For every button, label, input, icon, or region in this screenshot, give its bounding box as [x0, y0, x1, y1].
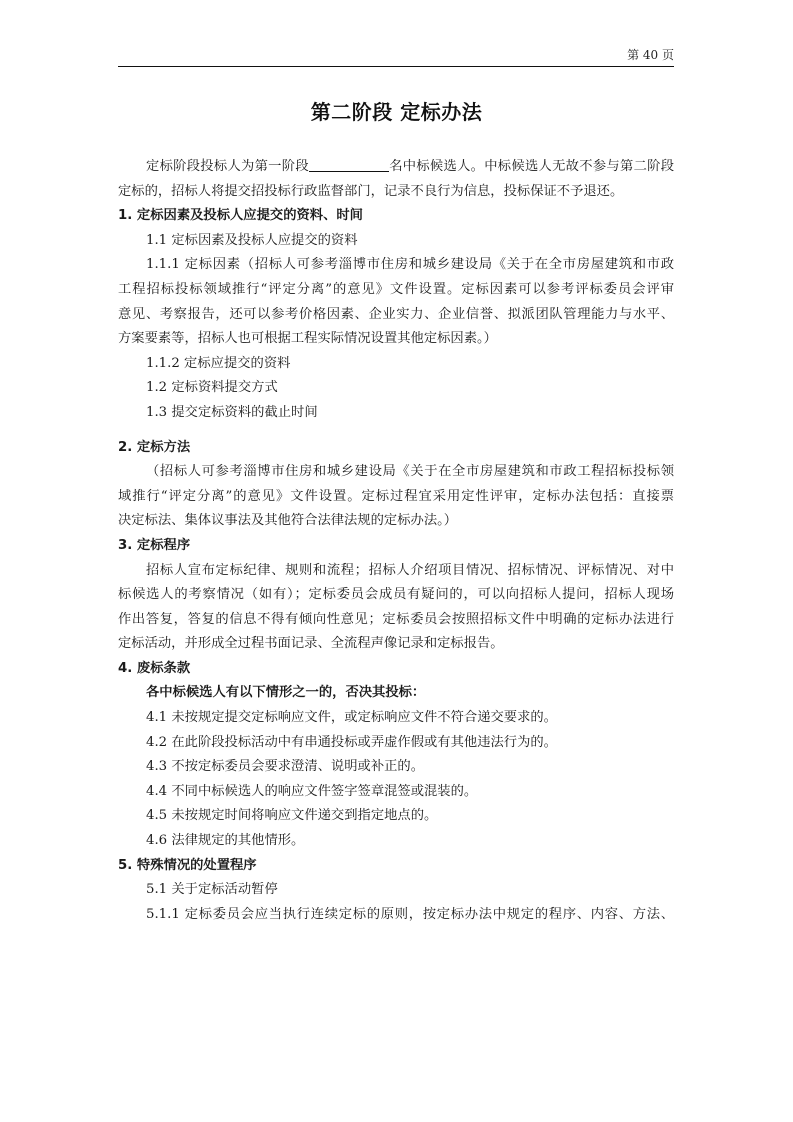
section-1-1-1-line-4: 方案要素等，招标人也可根据工程实际情况设置其他定标因素。） — [118, 327, 674, 352]
section-1-1-1-line-3: 意见、考察报告，还可以参考价格因素、企业实力、企业信誉、拟派团队管理能力与水平、 — [118, 303, 674, 328]
section-1-1-2: 1.1.2 定标应提交的资料 — [118, 352, 674, 377]
section-2-line-3: 决定标法、集体议事法及其他符合法律法规的定标办法。） — [118, 509, 674, 534]
section-1-2: 1.2 定标资料提交方式 — [118, 376, 674, 401]
section-3-heading: 3. 定标程序 — [118, 534, 674, 559]
section-5-heading: 5. 特殊情况的处置程序 — [118, 854, 674, 879]
page-number: 第 40 页 — [627, 46, 674, 63]
section-4-item-2: 4.2 在此阶段投标活动中有串通投标或弄虚作假或有其他违法行为的。 — [118, 731, 674, 756]
intro-text-2: 名中标候选人。中标候选人无故不参与第二阶段 — [389, 159, 674, 174]
section-4-item-3: 4.3 不按定标委员会要求澄清、说明或补正的。 — [118, 755, 674, 780]
section-1-heading: 1. 定标因素及投标人应提交的资料、时间 — [118, 204, 674, 229]
section-4-item-6: 4.6 法律规定的其他情形。 — [118, 829, 674, 854]
section-3-line-1: 招标人宣布定标纪律、规则和流程；招标人介绍项目情况、招标情况、评标情况、对中 — [118, 559, 674, 584]
section-5-1: 5.1 关于定标活动暂停 — [118, 878, 674, 903]
section-3-line-4: 定标活动，并形成全过程书面记录、全流程声像记录和定标报告。 — [118, 632, 674, 657]
section-3-line-3: 作出答复，答复的信息不得有倾向性意见；定标委员会按照招标文件中明确的定标办法进行 — [118, 608, 674, 633]
section-4-item-5: 4.5 未按规定时间将响应文件递交到指定地点的。 — [118, 804, 674, 829]
page-header: 第 40 页 — [118, 44, 674, 67]
section-2-line-1: （招标人可参考淄博市住房和城乡建设局《关于在全市房屋建筑和市政工程招标投标领 — [118, 460, 674, 485]
document-body: 定标阶段投标人为第一阶段名中标候选人。中标候选人无故不参与第二阶段 定标的，招标… — [118, 155, 674, 927]
section-4-item-4: 4.4 不同中标候选人的响应文件签字签章混签或混装的。 — [118, 780, 674, 805]
section-3-line-2: 标候选人的考察情况（如有）；定标委员会成员有疑问的，可以向招标人提问，招标人现场 — [118, 583, 674, 608]
section-2-line-2: 域推行“评定分离”的意见》文件设置。定标过程宜采用定性评审，定标办法包括：直接票 — [118, 485, 674, 510]
section-1-3: 1.3 提交定标资料的截止时间 — [118, 401, 674, 426]
section-4-item-1: 4.1 未按规定提交定标响应文件，或定标响应文件不符合递交要求的。 — [118, 706, 674, 731]
intro-line-1: 定标阶段投标人为第一阶段名中标候选人。中标候选人无故不参与第二阶段 — [118, 155, 674, 180]
section-4-heading: 4. 废标条款 — [118, 657, 674, 682]
fill-in-blank[interactable] — [309, 157, 389, 172]
spacer — [118, 426, 674, 436]
intro-line-2: 定标的，招标人将提交招投标行政监督部门，记录不良行为信息，投标保证不予退还。 — [118, 180, 674, 205]
section-4-lead: 各中标候选人有以下情形之一的，否决其投标： — [118, 681, 674, 706]
section-1-1-1-line-1: 1.1.1 定标因素（招标人可参考淄博市住房和城乡建设局《关于在全市房屋建筑和市… — [118, 253, 674, 278]
intro-text-1: 定标阶段投标人为第一阶段 — [146, 159, 309, 174]
section-5-1-1: 5.1.1 定标委员会应当执行连续定标的原则，按定标办法中规定的程序、内容、方法… — [118, 903, 674, 928]
section-1-1: 1.1 定标因素及投标人应提交的资料 — [118, 229, 674, 254]
page-title: 第二阶段 定标办法 — [0, 96, 793, 125]
section-2-heading: 2. 定标方法 — [118, 436, 674, 461]
section-1-1-1-line-2: 工程招标投标领域推行“评定分离”的意见》文件设置。定标因素可以参考评标委员会评审 — [118, 278, 674, 303]
